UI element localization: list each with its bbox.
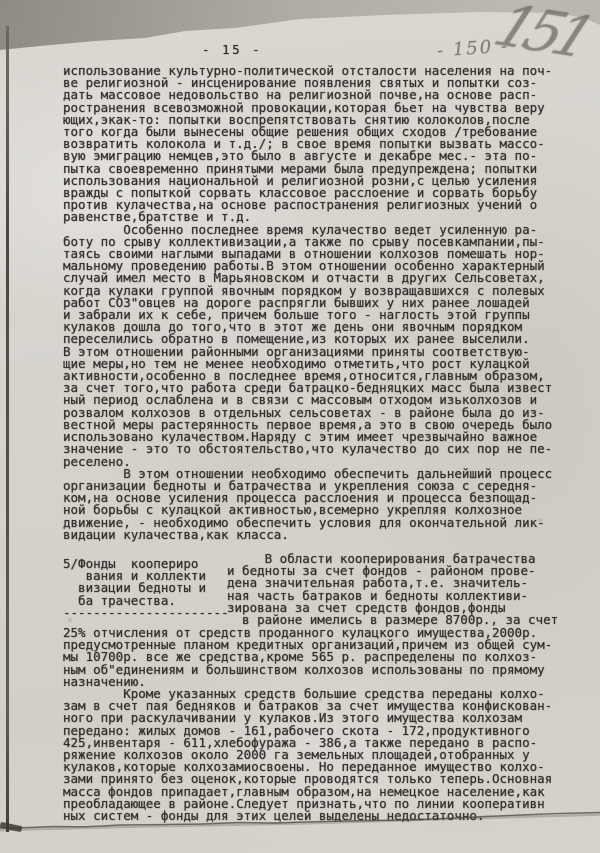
after-columns-text: 25% отчисления от средств проданного кул… — [63, 627, 568, 688]
section-fonds: 5/Фонды коопериро вания и коллекти визац… — [63, 553, 568, 627]
scanned-document: - 15 - использование культурно-политичес… — [0, 0, 600, 853]
typed-page-number: - 15 - — [202, 42, 262, 57]
margin-section-heading: 5/Фонды коопериро вания и коллекти визац… — [63, 558, 229, 619]
paper-crease-line — [0, 800, 600, 845]
document-page: - 15 - использование культурно-политичес… — [0, 0, 600, 853]
section-column-text: В области кооперирования батрачества и б… — [227, 553, 558, 626]
main-body-text: использование культурно-политической отс… — [63, 65, 568, 541]
page-left-edge-shadow — [6, 26, 9, 832]
